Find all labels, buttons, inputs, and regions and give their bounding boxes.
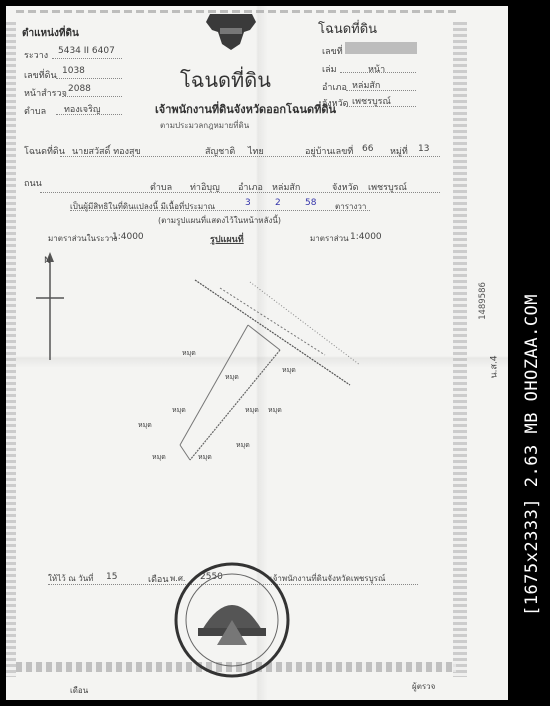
plot-marker: หมุด <box>282 365 296 376</box>
owner-prefix: โฉนดที่ดิน <box>24 144 65 158</box>
field-value: 1038 <box>62 66 85 76</box>
area-unit: ตารางวา <box>335 200 366 213</box>
field-label: เลขที่ดิน <box>24 68 57 82</box>
plot-marker: หมุด <box>172 405 186 416</box>
area-caption: (ตามรูปแผนที่แสดงไว้ในหน้าหลังนี้) <box>158 214 281 227</box>
serial-number: 1489586 <box>478 282 488 320</box>
field-value: 2088 <box>68 84 91 94</box>
north-arrow-icon <box>30 250 70 370</box>
area-rai: 3 <box>245 198 251 208</box>
footer-left: เดือน <box>70 684 88 697</box>
right-header-title: โฉนดที่ดิน <box>318 18 377 39</box>
date-day: 15 <box>106 572 117 582</box>
field-value: หน้า <box>368 62 385 76</box>
garuda-emblem-icon <box>200 10 262 52</box>
field-label: เล่ม <box>322 62 337 76</box>
field-value: 5434 II 6407 <box>58 46 115 56</box>
moo-value: 13 <box>418 144 429 154</box>
field-label: จังหวัด <box>322 96 349 110</box>
watermark-text: [1675x2333] 2.63 MB OHOZAA.COM <box>522 294 542 616</box>
plot-map-diagram <box>140 270 370 470</box>
deed-subtitle: เจ้าพนักงานที่ดินจังหวัดออกโฉนดที่ดิน <box>155 100 336 118</box>
field-label: หน้าสำรวจ <box>24 86 67 100</box>
area-text: เป็นผู้มีสิทธิในที่ดินแปลงนี้ มีเนื้อที่… <box>70 200 215 213</box>
plot-marker: หมุด <box>245 405 259 416</box>
official-seal-icon <box>172 560 292 680</box>
plot-marker: หมุด <box>152 452 166 463</box>
road-label: ถนน <box>24 176 42 190</box>
plot-marker: หมุด <box>198 452 212 463</box>
deed-number-redacted <box>345 42 417 54</box>
deed-caption: ตามประมวลกฎหมายที่ดิน <box>160 119 249 132</box>
plot-marker: หมุด <box>182 348 196 359</box>
field-label: ระวาง <box>24 48 48 62</box>
plot-marker: หมุด <box>236 440 250 451</box>
plan-label: รูปแผนที่ <box>210 232 244 246</box>
field-label: อำเภอ <box>322 80 347 94</box>
left-header-title: ตำแหน่งที่ดิน <box>22 26 79 41</box>
footer-right: ผู้ตรวจ <box>412 680 435 693</box>
scale-right-value: 1:4000 <box>350 232 382 242</box>
scale-right-label: มาตราส่วน <box>310 232 349 245</box>
plot-marker: หมุด <box>138 420 152 431</box>
scale-left-value: 1:4000 <box>112 232 144 242</box>
form-code: น.ส.4 <box>487 355 501 378</box>
address-value: 66 <box>362 144 373 154</box>
field-label: เลขที่ <box>322 44 343 58</box>
north-label: N <box>44 256 51 266</box>
plot-marker: หมุด <box>225 372 239 383</box>
plot-marker: หมุด <box>268 405 282 416</box>
left-ornamental-border <box>6 22 16 677</box>
area-ngan: 2 <box>275 198 281 208</box>
area-wah: 58 <box>305 198 316 208</box>
field-label: ตำบล <box>24 104 46 118</box>
deed-title: โฉนดที่ดิน <box>180 64 271 96</box>
scale-left-label: มาตราส่วนในระวาง <box>48 232 117 245</box>
right-ornamental-border <box>453 22 467 677</box>
